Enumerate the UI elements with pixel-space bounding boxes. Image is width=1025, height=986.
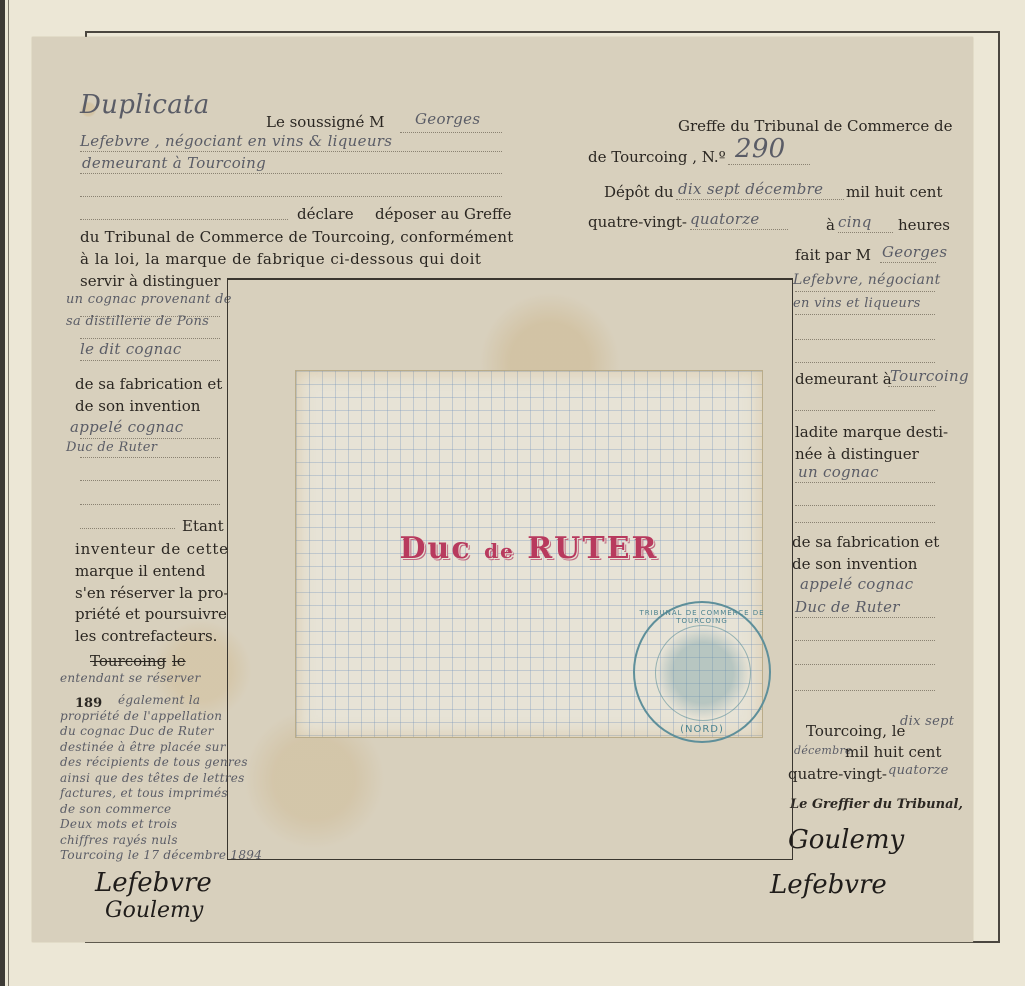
mil-huit-cent-text: mil huit cent [845,743,941,761]
dotted-line [795,522,935,523]
annotation-line: du cognac Duc de Ruter [60,724,214,738]
deposer-text: déposer au Greffe [375,205,512,223]
appele-line2: Duc de Ruter [66,440,157,455]
dotted-line [80,360,220,361]
hour-prefix: à [826,216,835,234]
invention-text: de son invention [75,397,200,415]
priete-text: priété et poursuivre [75,605,227,623]
dotted-line [795,314,935,315]
dotted-line [80,196,502,197]
fait-par-name: Georges [882,243,947,261]
dotted-line [795,664,935,665]
stamp-top-text: TRIBUNAL DE COMMERCE DE TOURCOING [635,609,769,625]
ladite-text: ladite marque desti- [795,423,948,441]
stamp-bottom-text: (NORD) [635,724,769,735]
greffe-line2: de Tourcoing , N.º [588,148,726,166]
annotation-line: également la [118,693,200,707]
dotted-line [80,338,220,339]
annotation-line: de son commerce [60,802,171,816]
loi-text: à la loi, la marque de fabrique ci-desso… [80,250,481,268]
annotation-line: chiffres rayés nuls [60,833,178,847]
dotted-line [795,339,935,340]
fabrication-text: de sa fabrication et [75,375,222,393]
dotted-line [80,438,220,439]
dotted-line [795,482,935,483]
tribunal-text: du Tribunal de Commerce de Tourcoing, co… [80,228,513,246]
annotation-line: des récipients de tous genres [60,755,248,769]
dotted-line [728,164,810,165]
appele-line1: appelé cognac [70,418,183,436]
fait-par-text: fait par M [795,246,871,264]
le-struck: le [172,652,186,670]
tribunal-stamp: TRIBUNAL DE COMMERCE DE TOURCOING (NORD) [633,601,771,743]
dotted-line [400,132,502,133]
greffe-line1: Greffe du Tribunal de Commerce de [678,117,953,135]
book-binding-edge [0,0,5,986]
depot-suffix: mil huit cent [846,183,942,201]
dotted-line [80,528,175,529]
dotted-line [795,690,935,691]
annotation-line: propriété de l'appellation [60,709,222,723]
year-prefix: quatre-vingt- [588,213,687,231]
dotted-line [80,219,288,220]
duplicata-annotation: Duplicata [80,90,210,120]
fabrication-text-right: de sa fabrication et [792,533,939,551]
soussigne-label: Le soussigné M [266,113,384,131]
etant-text: Etant [182,517,224,535]
servir-text: servir à distinguer [80,272,221,290]
year-value: quatorze [690,210,760,228]
dotted-line [80,480,220,481]
dotted-line [795,362,935,363]
dotted-line [838,232,893,233]
signed-date-1: dix sept [900,714,954,729]
demeurant-value: Tourcoing [890,367,969,385]
contrefacteurs-text: les contrefacteurs. [75,627,217,645]
dotted-line [795,505,935,506]
greffier-label: Le Greffier du Tribunal, [790,797,963,812]
book-binding-line [8,0,9,986]
invention-text-right: de son invention [792,555,917,573]
year-value-right: quatorze [888,763,949,778]
hour-suffix: heures [898,216,950,234]
reserver-text: s'en réserver la pro- [75,584,229,602]
annotation-line: Deux mots et trois [60,817,177,831]
fait-par-line3: en vins et liqueurs [793,296,921,311]
signed-date-2: décembre [794,744,852,757]
fait-par-line2: Lefebvre, négociant [793,272,941,288]
signature-goulemy-right: Goulemy [788,825,904,855]
dotted-line [80,173,502,174]
un-cognac: un cognac [798,463,879,481]
brand-ruter: RUTER [527,531,658,566]
dotted-line [80,457,220,458]
soussigne-line3: demeurant à Tourcoing [82,154,266,172]
dotted-line [795,617,935,618]
hour-value: cinq [838,213,872,231]
annotation-line: factures, et tous imprimés [60,786,228,800]
appele-right-line2: Duc de Ruter [795,598,900,616]
brand-de: de [484,539,515,563]
entendant-annotation: entendant se réserver [60,671,201,685]
distinguer-line2: sa distillerie de Pons [66,314,209,329]
dotted-line [795,291,935,292]
dotted-line [80,504,220,505]
demeurant-text: demeurant à [795,370,892,388]
appele-right-line1: appelé cognac [800,575,913,593]
declare-text: déclare [297,205,354,223]
dotted-line [676,199,844,200]
signature-lefebvre-left: Lefebvre [95,868,212,898]
soussigne-line2: Lefebvre , négociant en vins & liqueurs [80,132,392,150]
depot-date: dix sept décembre [678,180,823,198]
dotted-line [80,151,502,152]
depot-prefix: Dépôt du [604,183,674,201]
soussigne-name: Georges [415,110,480,128]
stamp-emblem [655,625,751,721]
brand-name: Duc de RUTER [296,531,762,566]
distinguer-line1: un cognac provenant de [66,292,232,307]
marque-entend-text: marque il entend [75,562,205,580]
annotation-line: ainsi que des têtes de lettres [60,771,245,785]
dotted-line [888,386,936,387]
dotted-line [880,262,936,263]
distinguer-line3: le dit cognac [80,340,182,358]
signature-goulemy-left: Goulemy [105,898,203,923]
tourcoing-struck: Tourcoing [90,652,166,670]
inventeur-text: inventeur de cette [75,540,229,558]
dotted-line [795,640,935,641]
dotted-line [690,229,788,230]
tourcoing-le-text: Tourcoing, le [806,722,905,740]
brand-duc: Duc [400,531,472,566]
nee-text: née à distinguer [795,445,919,463]
deposit-number: 290 [735,134,786,164]
dotted-line [795,410,935,411]
annotation-line: destinée à être placée sur [60,740,226,754]
year-prefix-right: quatre-vingt- [788,765,887,783]
signature-lefebvre-right: Lefebvre [770,870,887,900]
